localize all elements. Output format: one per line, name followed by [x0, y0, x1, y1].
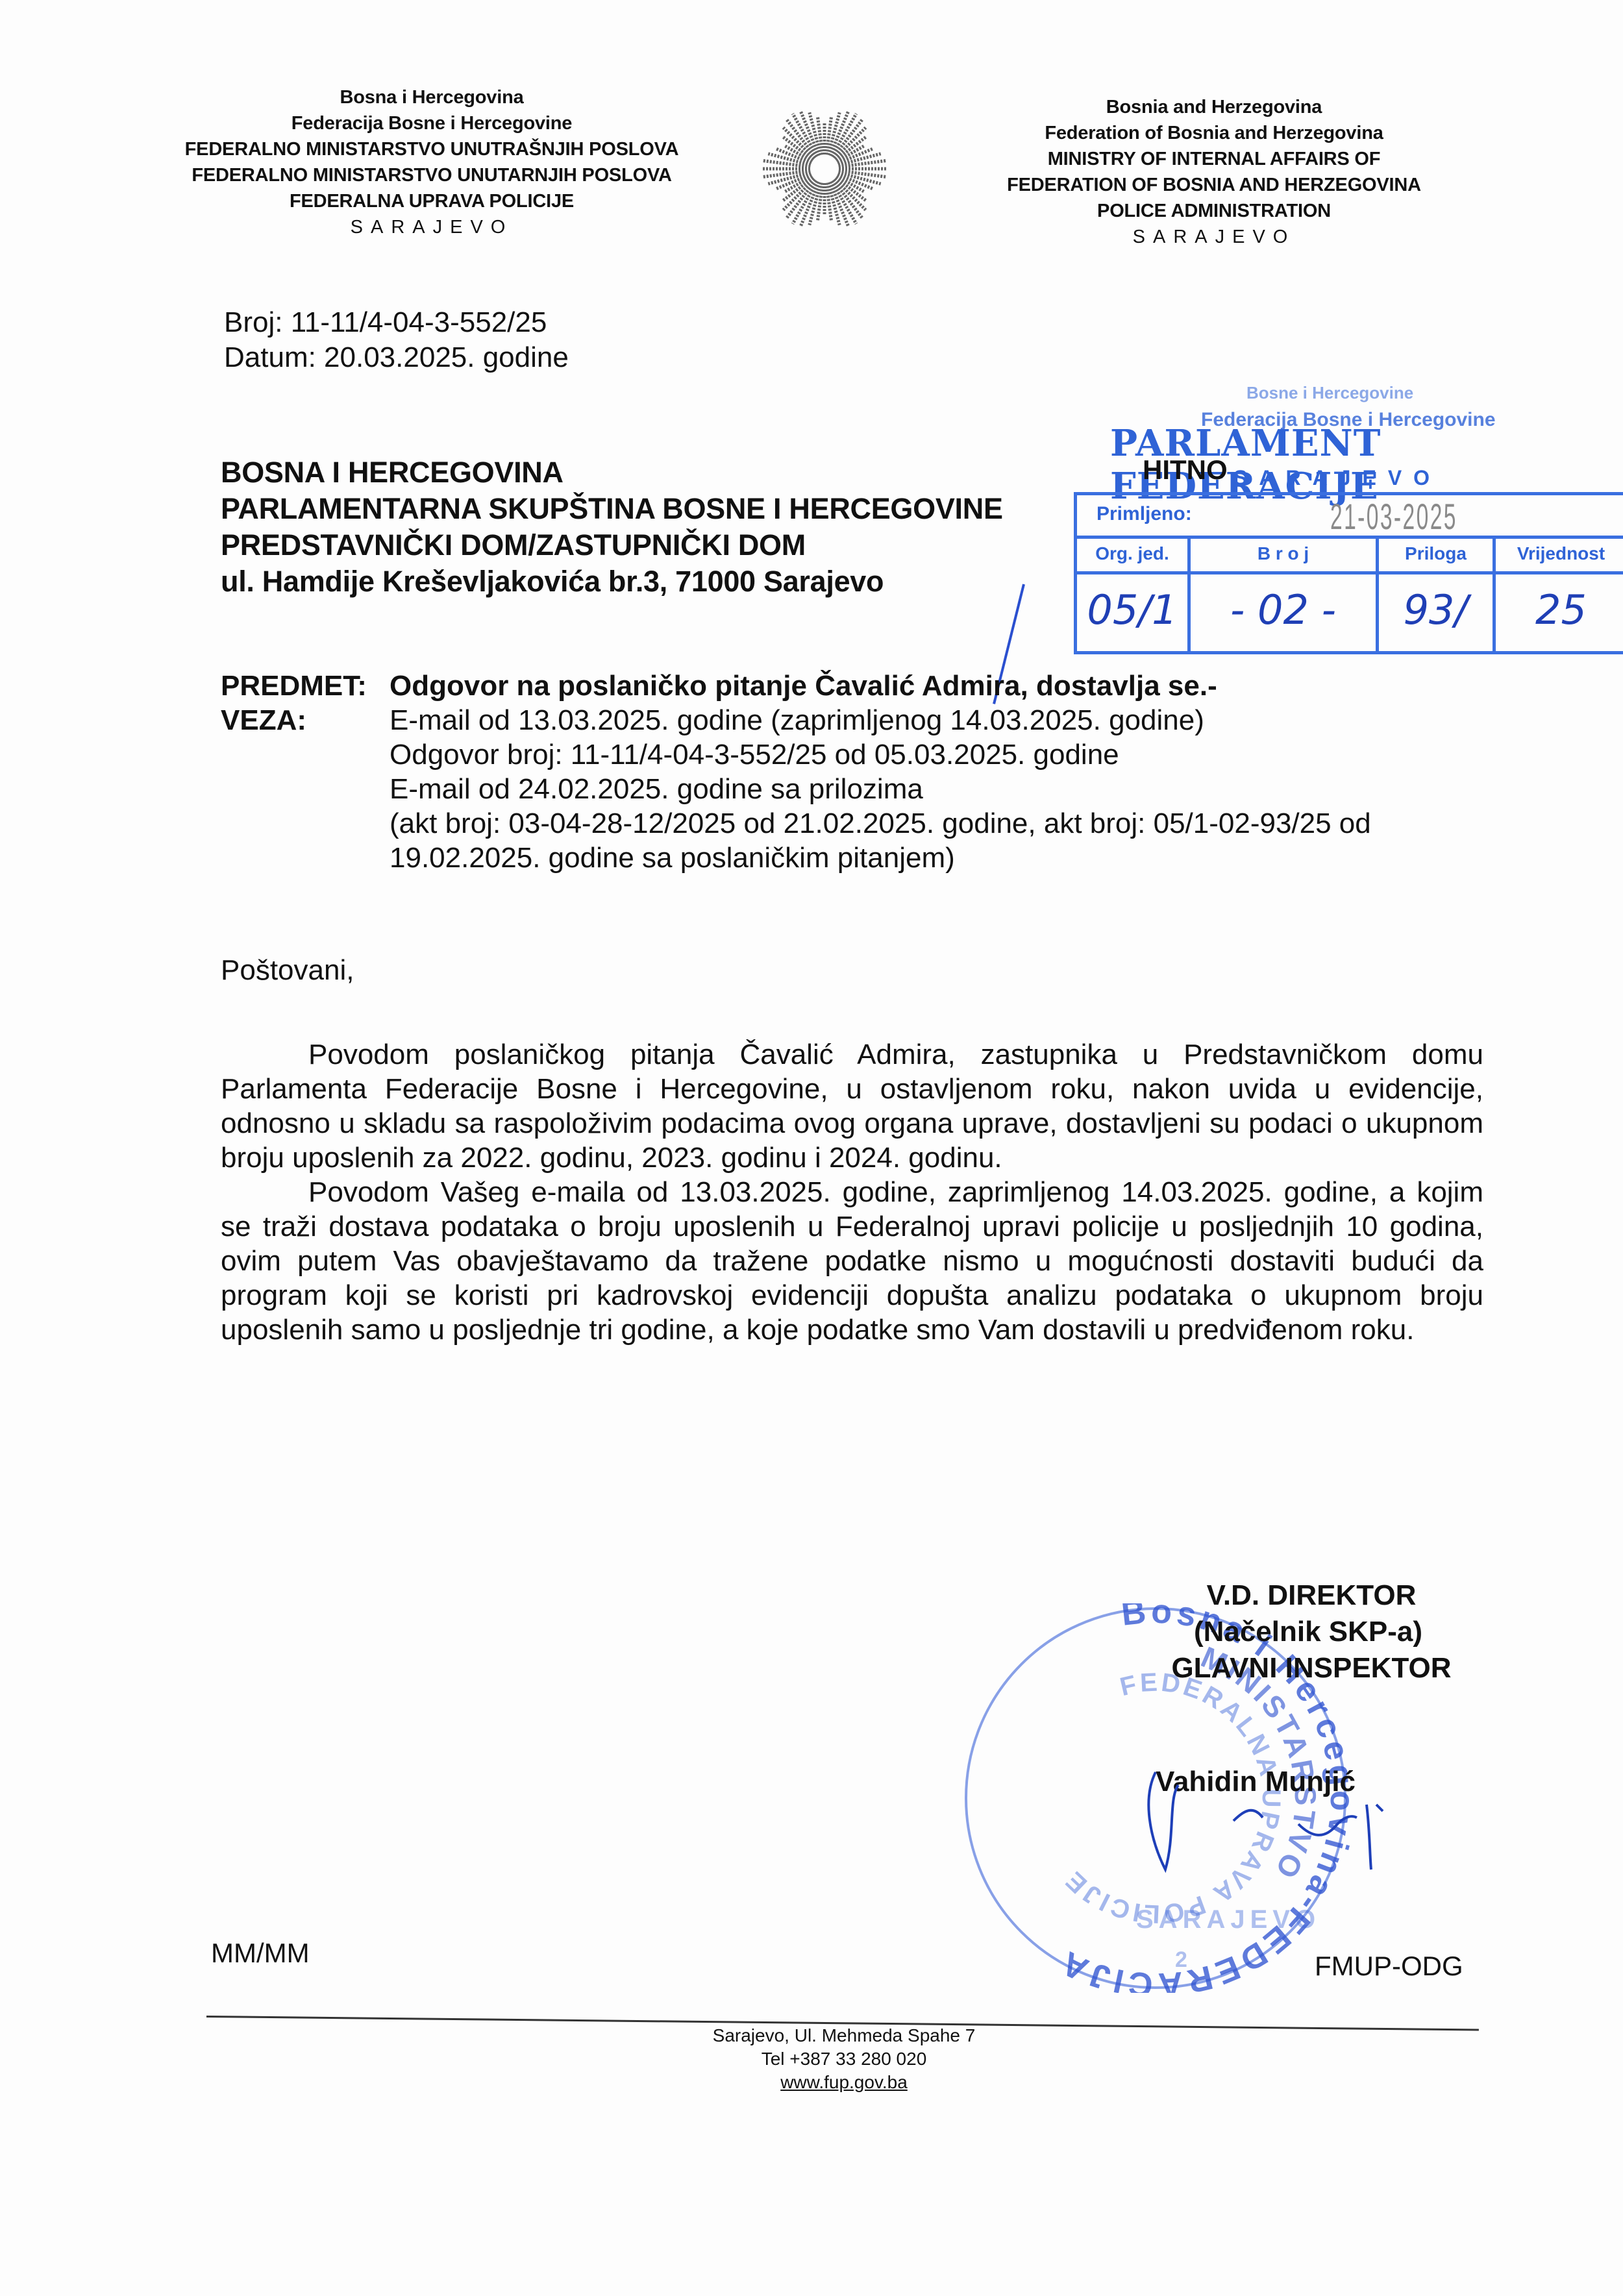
document-code: FMUP-ODG: [1315, 1951, 1463, 1982]
reference-label: VEZA:: [221, 703, 390, 875]
subject-label: PREDMET:: [221, 669, 390, 703]
stamp-number-text: 2: [1175, 1947, 1187, 1972]
author-initials: MM/MM: [211, 1938, 310, 1969]
letterhead-line: Bosna i Hercegovina: [146, 84, 717, 110]
letterhead-city: SARAJEVO: [967, 224, 1461, 250]
reference-number: Broj: 11-11/4-04-3-552/25: [224, 305, 569, 340]
stamp-col-value: 93/: [1379, 574, 1493, 646]
reference-item: (akt broj: 03-04-28-12/2025 od 21.02.202…: [390, 806, 1493, 875]
police-star-emblem-icon: [763, 101, 886, 237]
signatory-title: GLAVNI INSPEKTOR: [1130, 1650, 1493, 1686]
signatory-title: (Načelnik SKP-a): [1123, 1614, 1493, 1650]
body-paragraph: Povodom Vašeg e-maila od 13.03.2025. god…: [221, 1175, 1483, 1347]
footer-address: Sarajevo, Ul. Mehmeda Spahe 7: [617, 2024, 1071, 2047]
subject-block: PREDMET: Odgovor na poslaničko pitanje Č…: [221, 669, 1519, 875]
salutation: Poštovani,: [221, 954, 354, 987]
recipient-line: PREDSTAVNIČKI DOM/ZASTUPNIČKI DOM: [221, 527, 1003, 563]
signatory-titles: V.D. DIREKTOR (Načelnik SKP-a) GLAVNI IN…: [1130, 1577, 1493, 1686]
document-reference: Broj: 11-11/4-04-3-552/25 Datum: 20.03.2…: [224, 305, 569, 375]
recipient-address: BOSNA I HERCEGOVINA PARLAMENTARNA SKUPŠT…: [221, 454, 1003, 600]
stamp-col-header: Priloga: [1379, 536, 1493, 574]
stamp-column-attachments: Priloga 93/: [1379, 536, 1496, 651]
letterhead-line: MINISTRY OF INTERNAL AFFAIRS OF: [967, 146, 1461, 172]
stamp-city-text: SARAJEVO: [1136, 1905, 1320, 1934]
reference-item: Odgovor broj: 11-11/4-04-3-552/25 od 05.…: [390, 737, 1493, 772]
reference-list: E-mail od 13.03.2025. godine (zaprimljen…: [390, 703, 1493, 875]
subject-value: Odgovor na poslaničko pitanje Čavalić Ad…: [390, 669, 1217, 703]
reference-item: E-mail od 24.02.2025. godine sa prilozim…: [390, 772, 1493, 806]
stamp-col-value: 05/1: [1077, 574, 1187, 646]
footer-phone: Tel +387 33 280 020: [617, 2047, 1071, 2071]
signatory-title: V.D. DIREKTOR: [1130, 1577, 1493, 1614]
recipient-line: ul. Hamdije Kreševljakovića br.3, 71000 …: [221, 563, 1003, 600]
body-paragraph: Povodom poslaničkog pitanja Čavalić Admi…: [221, 1037, 1483, 1175]
handwritten-signature-icon: [1104, 1759, 1441, 1889]
recipient-line: BOSNA I HERCEGOVINA: [221, 454, 1003, 491]
letterhead-line: Federation of Bosnia and Herzegovina: [967, 120, 1461, 146]
reference-item: E-mail od 13.03.2025. godine (zaprimljen…: [390, 703, 1493, 737]
stamp-column-number: B r o j - 02 -: [1191, 536, 1379, 651]
received-date: 21-03-2025: [1330, 495, 1457, 537]
stamp-col-value: - 02 -: [1191, 574, 1376, 646]
letterhead-left: Bosna i Hercegovina Federacija Bosne i H…: [146, 84, 717, 240]
reference-date: Datum: 20.03.2025. godine: [224, 340, 569, 375]
stamp-grid: Primljeno: 21-03-2025 Org. jed. 05/1 B r…: [1074, 492, 1623, 654]
letterhead-line: FEDERALNO MINISTARSTVO UNUTRAŠNJIH POSLO…: [146, 136, 717, 162]
stamp-column-org: Org. jed. 05/1: [1077, 536, 1191, 651]
letterhead-line: Federacija Bosne i Hercegovine: [146, 110, 717, 136]
letterhead-line: POLICE ADMINISTRATION: [967, 198, 1461, 224]
letterhead-line: FEDERATION OF BOSNIA AND HERZEGOVINA: [967, 172, 1461, 198]
stamp-line: Bosne i Hercegovine: [1246, 383, 1413, 403]
parliament-received-stamp: Bosne i Hercegovine Federacija Bosne i H…: [1065, 383, 1623, 662]
letterhead-line: FEDERALNO MINISTARSTVO UNUTARNJIH POSLOV…: [146, 162, 717, 188]
received-label: Primljeno:: [1096, 503, 1192, 525]
stamp-col-header: Org. jed.: [1077, 536, 1187, 574]
stamp-col-value: 25: [1496, 574, 1623, 646]
stamp-column-value: Vrijednost 25: [1496, 536, 1623, 651]
stamp-received-row: Primljeno: 21-03-2025: [1077, 495, 1623, 539]
urgent-label: HITNO: [1143, 454, 1228, 486]
footer-contact: Sarajevo, Ul. Mehmeda Spahe 7 Tel +387 3…: [617, 2024, 1071, 2094]
letter-body: Povodom poslaničkog pitanja Čavalić Admi…: [221, 1037, 1483, 1347]
letterhead-right: Bosnia and Herzegovina Federation of Bos…: [967, 94, 1461, 250]
recipient-line: PARLAMENTARNA SKUPŠTINA BOSNE I HERCEGOV…: [221, 491, 1003, 527]
letterhead-line: FEDERALNA UPRAVA POLICIJE: [146, 188, 717, 214]
letterhead-line: Bosnia and Herzegovina: [967, 94, 1461, 120]
stamp-city: SARAJEVO: [1233, 466, 1441, 490]
stamp-col-header: Vrijednost: [1496, 536, 1623, 574]
footer-website-link[interactable]: www.fup.gov.ba: [780, 2072, 908, 2092]
stamp-col-header: B r o j: [1191, 536, 1376, 574]
letterhead-city: SARAJEVO: [146, 214, 717, 240]
